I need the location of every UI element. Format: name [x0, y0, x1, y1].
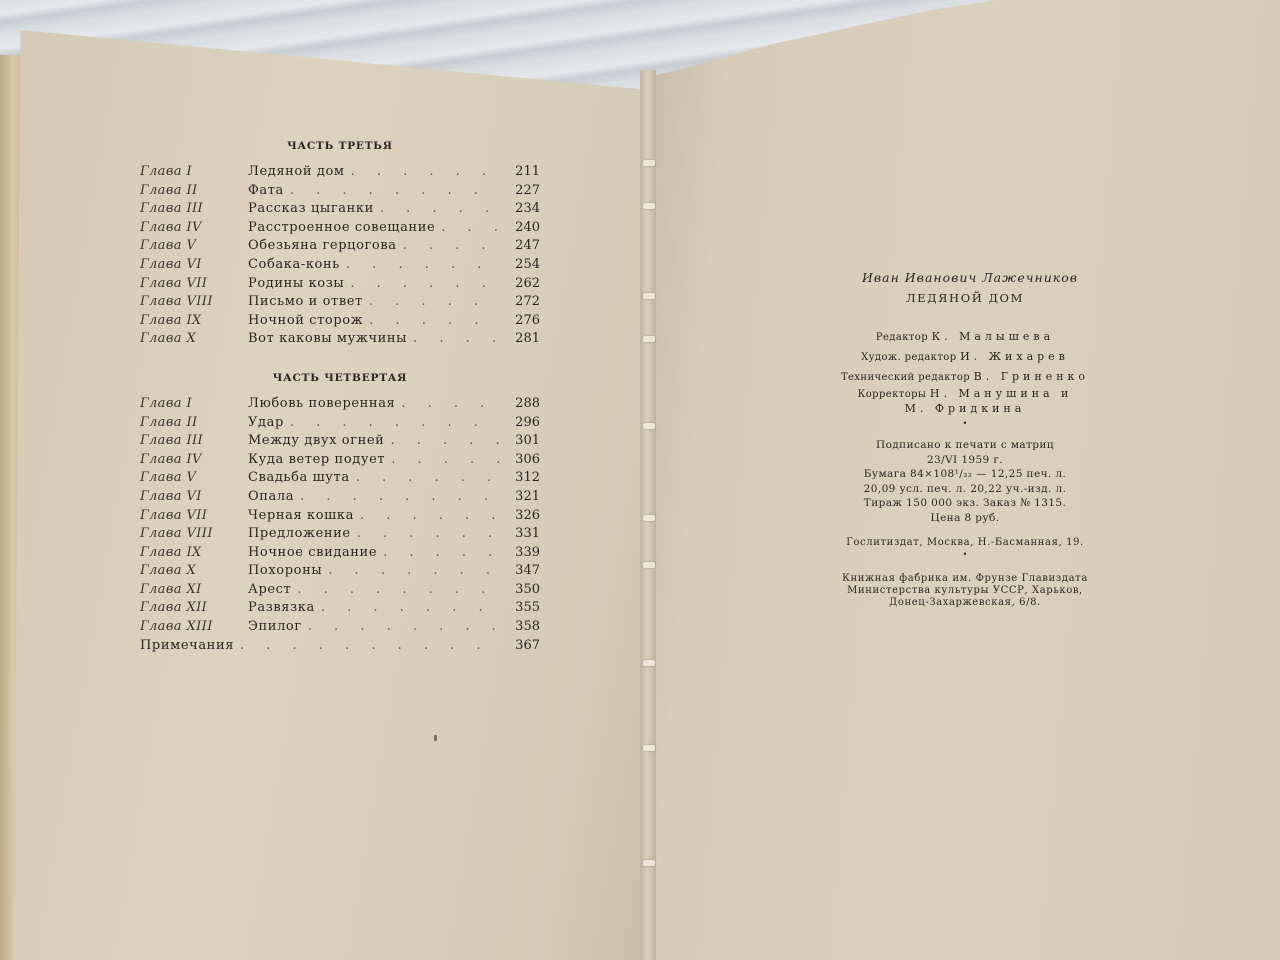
toc-entry: Глава VIIРодины козы. . . . . . . . . . …: [140, 276, 540, 295]
binding-stitch: [643, 203, 655, 209]
page-number: 240: [500, 220, 540, 235]
chapter-label: Глава IX: [140, 313, 248, 328]
chapter-title: Обезьяна герцогова. . . . . . . . . . . …: [248, 238, 500, 253]
page-number: 347: [500, 563, 540, 578]
editorial-staff: Редактор К. Малышева Худож. редактор И. …: [800, 327, 1130, 417]
print-line: Тираж 150 000 экз. Заказ № 1315.: [800, 496, 1130, 511]
page-number: 350: [500, 582, 540, 597]
page-number: 211: [500, 164, 540, 179]
toc-entry: Глава VСвадьба шута. . . . . . . . . . .…: [140, 470, 540, 489]
staff-line: Худож. редактор И. Жихарев: [800, 347, 1130, 367]
toc-entry: Глава XIАрест. . . . . . . . . . . . . .…: [140, 582, 540, 601]
binding-stitch: [643, 423, 655, 429]
chapter-label: Глава IX: [140, 545, 248, 560]
toc-entry: Глава IVКуда ветер подует. . . . . . . .…: [140, 452, 540, 471]
chapter-label: Глава VII: [140, 508, 248, 523]
book-title: ЛЕДЯНОЙ ДОМ: [800, 291, 1130, 305]
open-book: ЧАСТЬ ТРЕТЬЯ Глава IЛедяной дом. . . . .…: [0, 0, 1280, 960]
page-number: 355: [500, 600, 540, 615]
chapter-title: Фата. . . . . . . . . . . . . . . .: [248, 183, 500, 198]
print-line: 23/VI 1959 г.: [800, 453, 1130, 468]
factory-line: Донец-Захаржевская, 6/8.: [800, 597, 1130, 609]
page-number: 262: [500, 276, 540, 291]
toc-entry: Глава IVРасстроенное совещание. . . . . …: [140, 220, 540, 239]
page-number: 288: [500, 396, 540, 411]
toc-entry: Глава IIФата. . . . . . . . . . . . . . …: [140, 183, 540, 202]
toc-entry: Глава XВот каковы мужчины. . . . . . . .…: [140, 331, 540, 350]
toc-entry: Глава IЛедяной дом. . . . . . . . . . . …: [140, 164, 540, 183]
binding-stitch: [643, 160, 655, 166]
part-four-chapters: Глава IЛюбовь поверенная. . . . . . . . …: [140, 396, 540, 656]
chapter-title: Письмо и ответ. . . . . . . . . . . . . …: [248, 294, 500, 309]
chapter-label: Глава VIII: [140, 526, 248, 541]
chapter-title: Ночное свидание. . . . . . . . . . . . .…: [248, 545, 500, 560]
table-of-contents: ЧАСТЬ ТРЕТЬЯ Глава IЛедяной дом. . . . .…: [140, 140, 540, 656]
chapter-title: Арест. . . . . . . . . . . . . . . .: [248, 582, 500, 597]
chapter-title: Куда ветер подует. . . . . . . . . . . .…: [248, 452, 500, 467]
chapter-title: Предложение. . . . . . . . . . . . . . .…: [248, 526, 500, 541]
page-number: 321: [500, 489, 540, 504]
chapter-label: Глава VII: [140, 276, 248, 291]
toc-entry: Глава IXНочное свидание. . . . . . . . .…: [140, 545, 540, 564]
chapter-title: Расстроенное совещание. . . . . . . . . …: [248, 220, 500, 235]
toc-entry: Глава IXНочной сторож. . . . . . . . . .…: [140, 313, 540, 332]
chapter-title: Вот каковы мужчины. . . . . . . . . . . …: [248, 331, 500, 346]
chapter-label: Глава II: [140, 415, 248, 430]
chapter-label: Глава VIII: [140, 294, 248, 309]
ink-mark: [434, 735, 437, 741]
page-number: 301: [500, 433, 540, 448]
page-number: 234: [500, 201, 540, 216]
chapter-label: Глава X: [140, 563, 248, 578]
chapter-title: Черная кошка. . . . . . . . . . . . . . …: [248, 508, 500, 523]
chapter-title: Собака-конь. . . . . . . . . . . . . . .…: [248, 257, 500, 272]
chapter-title: Между двух огней. . . . . . . . . . . . …: [248, 433, 500, 448]
page-number: 272: [500, 294, 540, 309]
toc-entry: Глава IIУдар. . . . . . . . . . . . . . …: [140, 415, 540, 434]
factory-line: Книжная фабрика им. Фрунзе Главиздата: [800, 573, 1130, 585]
toc-entry: Глава IIIМежду двух огней. . . . . . . .…: [140, 433, 540, 452]
chapter-title: Удар. . . . . . . . . . . . . . . .: [248, 415, 500, 430]
part-three-chapters: Глава IЛедяной дом. . . . . . . . . . . …: [140, 164, 540, 350]
page-number: 367: [500, 638, 540, 653]
chapter-title: Родины козы. . . . . . . . . . . . . . .…: [248, 276, 500, 291]
chapter-title: Эпилог. . . . . . . . . . . . . . . .: [248, 619, 500, 634]
publisher-address: Гослитиздат, Москва, Н.-Басманная, 19.: [800, 537, 1130, 548]
factory-line: Министерства культуры УССР, Харьков,: [800, 585, 1130, 597]
chapter-title: Рассказ цыганки. . . . . . . . . . . . .…: [248, 201, 500, 216]
author-name: Иван Иванович Лажечников: [810, 270, 1130, 285]
chapter-label: Глава VI: [140, 489, 248, 504]
chapter-title: Развязка. . . . . . . . . . . . . . . .: [248, 600, 500, 615]
staff-line: Редактор К. Малышева: [800, 327, 1130, 347]
page-number: 306: [500, 452, 540, 467]
page-number: 227: [500, 183, 540, 198]
toc-entry: Глава VIОпала. . . . . . . . . . . . . .…: [140, 489, 540, 508]
part-title: ЧАСТЬ ЧЕТВЕРТАЯ: [140, 372, 540, 384]
page-number: 339: [500, 545, 540, 560]
chapter-label: Глава X: [140, 331, 248, 346]
toc-entry: Глава VIIIПредложение. . . . . . . . . .…: [140, 526, 540, 545]
toc-entry: Глава VIIЧерная кошка. . . . . . . . . .…: [140, 508, 540, 527]
binding-stitch: [643, 515, 655, 521]
chapter-title: Ночной сторож. . . . . . . . . . . . . .…: [248, 313, 500, 328]
colophon: Иван Иванович Лажечников ЛЕДЯНОЙ ДОМ Ред…: [800, 270, 1130, 609]
page-number: 358: [500, 619, 540, 634]
print-line: 20,09 усл. печ. л. 20,22 уч.-изд. л.: [800, 482, 1130, 497]
page-number: 247: [500, 238, 540, 253]
chapter-title: Ледяной дом. . . . . . . . . . . . . . .…: [248, 164, 500, 179]
toc-entry: Глава XIIIЭпилог. . . . . . . . . . . . …: [140, 619, 540, 638]
page-number: 326: [500, 508, 540, 523]
chapter-title: Опала. . . . . . . . . . . . . . . .: [248, 489, 500, 504]
toc-entry: Глава VIIIПисьмо и ответ. . . . . . . . …: [140, 294, 540, 313]
binding-stitch: [643, 860, 655, 866]
chapter-label: Глава V: [140, 470, 248, 485]
toc-entry: Примечания. . . . . . . . . . . . . . . …: [140, 638, 540, 657]
staff-line: Технический редактор В. Гриненко: [800, 367, 1130, 387]
staff-line: М. Фридкина: [800, 402, 1130, 417]
toc-entry: Глава XПохороны. . . . . . . . . . . . .…: [140, 563, 540, 582]
chapter-title: Примечания. . . . . . . . . . . . . . . …: [140, 638, 500, 653]
toc-entry: Глава VОбезьяна герцогова. . . . . . . .…: [140, 238, 540, 257]
page-number: 254: [500, 257, 540, 272]
page-number: 296: [500, 415, 540, 430]
toc-entry: Глава IIIРассказ цыганки. . . . . . . . …: [140, 201, 540, 220]
binding-stitch: [643, 293, 655, 299]
binding-stitch: [643, 660, 655, 666]
separator-bullet: •: [800, 550, 1130, 559]
page-number: 312: [500, 470, 540, 485]
page-number: 331: [500, 526, 540, 541]
chapter-title: Похороны. . . . . . . . . . . . . . . .: [248, 563, 500, 578]
print-line: Бумага 84×108¹/₃₂ — 12,25 печ. л.: [800, 467, 1130, 482]
chapter-label: Глава XI: [140, 582, 248, 597]
chapter-title: Любовь поверенная. . . . . . . . . . . .…: [248, 396, 500, 411]
print-line: Подписано к печати с матриц: [800, 438, 1130, 453]
chapter-label: Глава XII: [140, 600, 248, 615]
page-number: 281: [500, 331, 540, 346]
binding-stitch: [643, 336, 655, 342]
toc-entry: Глава IЛюбовь поверенная. . . . . . . . …: [140, 396, 540, 415]
binding-stitch: [643, 745, 655, 751]
chapter-label: Глава XIII: [140, 619, 248, 634]
binding-stitch: [643, 562, 655, 568]
chapter-label: Глава IV: [140, 452, 248, 467]
page-number: 276: [500, 313, 540, 328]
toc-entry: Глава VIСобака-конь. . . . . . . . . . .…: [140, 257, 540, 276]
chapter-label: Глава III: [140, 433, 248, 448]
chapter-title: Свадьба шута. . . . . . . . . . . . . . …: [248, 470, 500, 485]
separator-bullet: •: [800, 419, 1130, 428]
staff-line: Корректоры Н. Манушина и: [800, 387, 1130, 402]
chapter-label: Глава VI: [140, 257, 248, 272]
toc-entry: Глава XIIРазвязка. . . . . . . . . . . .…: [140, 600, 540, 619]
print-line: Цена 8 руб.: [800, 511, 1130, 526]
chapter-label: Глава V: [140, 238, 248, 253]
chapter-label: Глава II: [140, 183, 248, 198]
chapter-label: Глава III: [140, 201, 248, 216]
part-title: ЧАСТЬ ТРЕТЬЯ: [140, 140, 540, 152]
chapter-label: Глава I: [140, 164, 248, 179]
chapter-label: Глава I: [140, 396, 248, 411]
chapter-label: Глава IV: [140, 220, 248, 235]
print-info: Подписано к печати с матриц 23/VI 1959 г…: [800, 438, 1130, 525]
printing-factory: Книжная фабрика им. Фрунзе Главиздата Ми…: [800, 573, 1130, 609]
